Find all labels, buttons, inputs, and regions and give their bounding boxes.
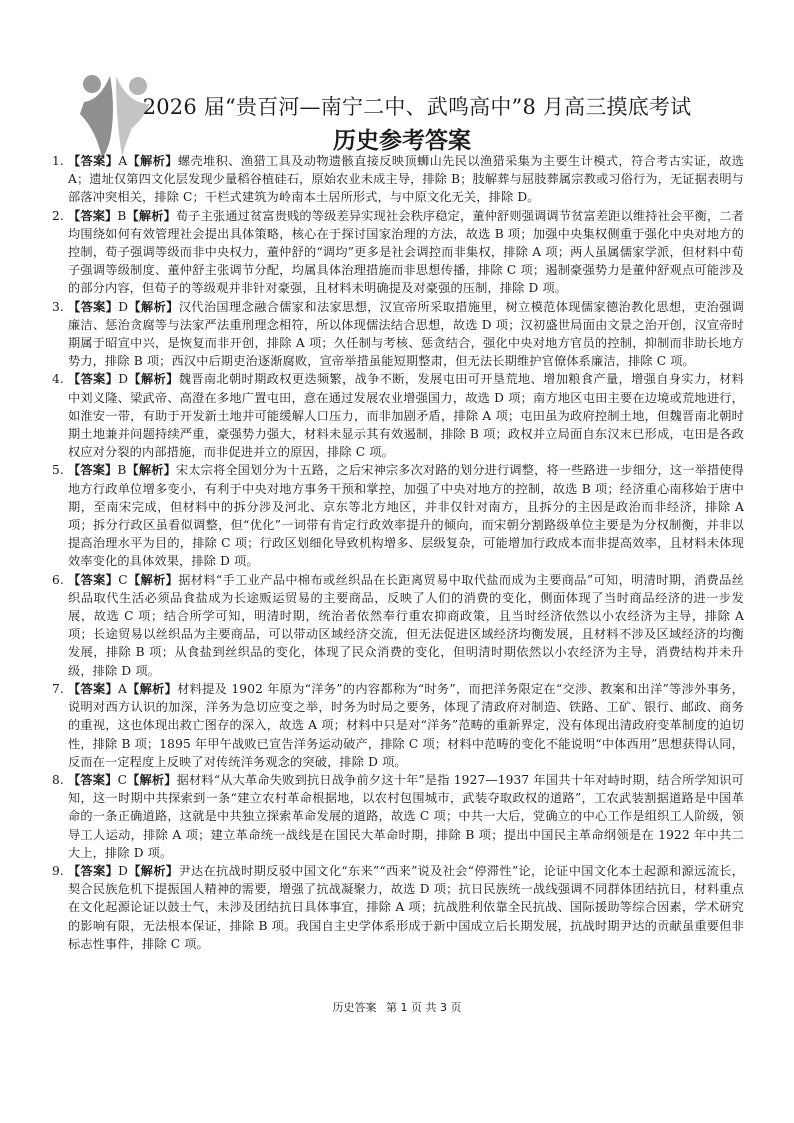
answer-list: 1. 【答案】A【解析】螺壳堆积、渔猎工具及动物遗骸直接反映顶蛳山先民以渔猎采集… (52, 152, 744, 953)
answer-item-2: 2. 【答案】B【解析】荀子主张通过贫富贵贱的等级差异实现社会秩序稳定，董仲舒则… (52, 207, 744, 298)
footer-label: 历史答案 (333, 1001, 377, 1014)
answer-choice: D (118, 300, 128, 314)
answer-label: 【答案】 (68, 300, 118, 314)
answer-item-7: 7. 【答案】A【解析】材料提及 1902 年原为“洋务”的内容都称为“时务”，… (52, 680, 744, 771)
answer-item-9: 9. 【答案】D【解析】尹达在抗战时期反驳中国文化“东来”“西来”说及社会“停滞… (52, 862, 744, 953)
analysis-label: 【解析】 (127, 463, 176, 477)
answer-item-4: 4. 【答案】D【解析】魏晋南北朝时期政权更迭频繁，战争不断，发展屯田可开垦荒地… (52, 370, 744, 461)
analysis-label: 【解析】 (128, 573, 178, 587)
item-number: 2. (52, 207, 64, 225)
analysis-label: 【解析】 (127, 773, 177, 787)
answer-label: 【答案】 (68, 209, 117, 223)
analysis-label: 【解析】 (128, 300, 179, 314)
answer-label: 【答案】 (68, 864, 118, 878)
answer-item-6: 6. 【答案】C【解析】据材料“手工业产品中棉布或丝织品在长距离贸易中取代盐而成… (52, 571, 744, 680)
answer-choice: D (118, 372, 128, 386)
answer-choice: B (117, 209, 126, 223)
answer-choice: C (118, 573, 127, 587)
document-header: 2026 届“贵百河—南宁二中、武鸣高中”8 月高三摸底考试 历史参考答案 (0, 92, 794, 158)
analysis-text: 据材料“手工业产品中棉布或丝织品在长距离贸易中取代盐而成为主要商品”可知，明清时… (68, 573, 744, 678)
analysis-label: 【解析】 (127, 209, 176, 223)
analysis-label: 【解析】 (128, 864, 178, 878)
answer-label: 【答案】 (68, 682, 118, 696)
answer-label: 【答案】 (68, 463, 117, 477)
answer-item-3: 3. 【答案】D【解析】汉代治国理念融合儒家和法家思想，汉宣帝所采取措施里，树立… (52, 298, 744, 371)
item-number: 9. (52, 862, 64, 880)
item-number: 7. (52, 680, 64, 698)
analysis-label: 【解析】 (127, 682, 177, 696)
answer-choice: A (118, 682, 127, 696)
answer-label: 【答案】 (68, 154, 118, 168)
answer-choice: D (118, 864, 128, 878)
answer-item-1: 1. 【答案】A【解析】螺壳堆积、渔猎工具及动物遗骸直接反映顶蛳山先民以渔猎采集… (52, 152, 744, 207)
item-number: 6. (52, 571, 64, 589)
answer-choice: B (117, 463, 126, 477)
analysis-label: 【解析】 (127, 154, 178, 168)
answer-choice: A (118, 154, 127, 168)
document-title: 2026 届“贵百河—南宁二中、武鸣高中”8 月高三摸底考试 (0, 92, 794, 122)
page-footer: 历史答案 第 1 页 共 3 页 (0, 1000, 794, 1016)
item-number: 8. (52, 771, 64, 789)
analysis-text: 宋太宗将全国划分为十五路，之后宋神宗多次对路的划分进行调整，将一些路进一步细分，… (68, 463, 744, 568)
answer-label: 【答案】 (68, 573, 118, 587)
answer-label: 【答案】 (68, 773, 118, 787)
item-number: 3. (52, 298, 64, 316)
analysis-label: 【解析】 (128, 372, 179, 386)
item-number: 4. (52, 370, 64, 388)
item-number: 5. (52, 461, 64, 479)
answer-item-8: 8. 【答案】C【解析】据材料“从大革命失败到抗日战争前夕这十年”是指 1927… (52, 771, 744, 862)
answer-label: 【答案】 (68, 372, 118, 386)
item-number: 1. (52, 152, 64, 170)
answer-choice: C (118, 773, 127, 787)
answer-item-5: 5. 【答案】B【解析】宋太宗将全国划分为十五路，之后宋神宗多次对路的划分进行调… (52, 461, 744, 570)
page-number: 第 1 页 共 3 页 (386, 1001, 461, 1014)
